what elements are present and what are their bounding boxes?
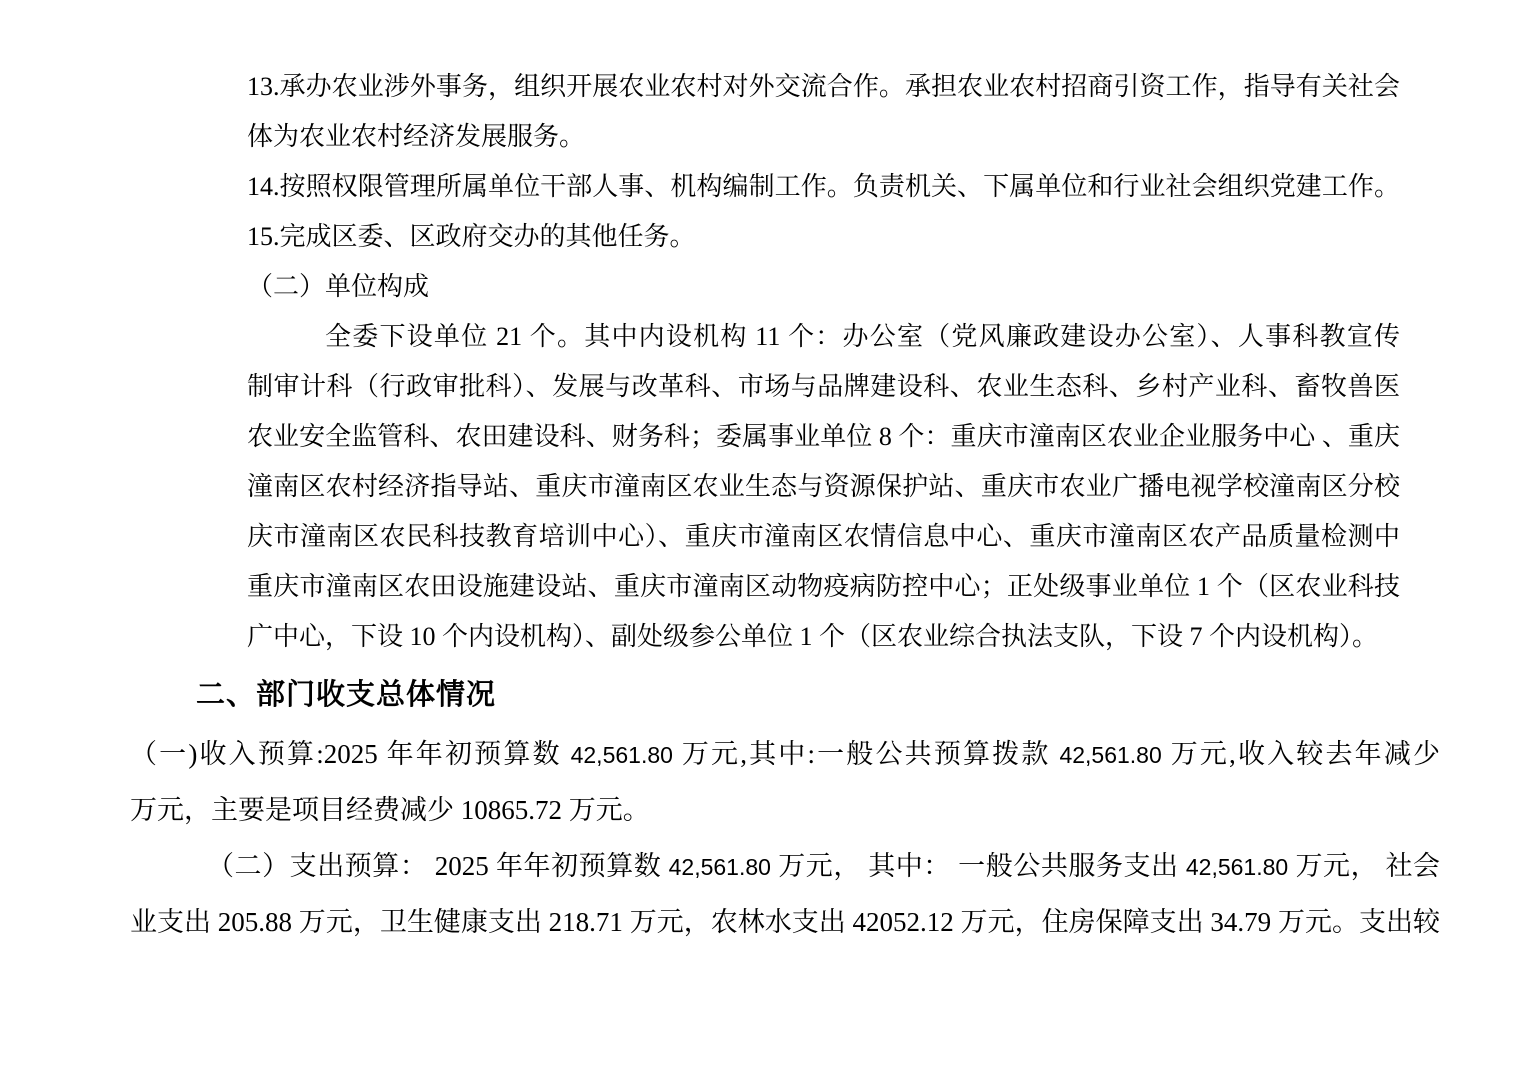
- income-text-lead: （一)收入预算:2025 年年初预算数: [130, 739, 571, 769]
- expense-amount-total: 42,561.80: [669, 854, 771, 880]
- duty-item-15: 15.完成区委、区政府交办的其他任务。: [247, 212, 1400, 262]
- duty-item-13-line-2: 体为农业农村经济发展服务。: [247, 112, 1400, 162]
- duty-item-13-line-1: 13.承办农业涉外事务，组织开展农业农村对外交流合作。承担农业农村招商引资工作，…: [247, 62, 1400, 112]
- income-amount-public-budget: 42,561.80: [1059, 742, 1161, 768]
- duty-item-14: 14.按照权限管理所属单位干部人事、机构编制工作。负责机关、下属单位和行业社会组…: [247, 162, 1400, 212]
- expense-budget-line-2: 业支出 205.88 万元，卫生健康支出 218.71 万元，农林水支出 420…: [130, 894, 1440, 950]
- unit-paragraph-line-1: 全委下设单位 21 个。其中内设机构 11 个：办公室（党风廉政建设办公室）、人…: [247, 312, 1400, 362]
- subheading-unit-constitution: （二）单位构成: [247, 262, 1400, 312]
- section-duties-and-unit-constitution: 13.承办农业涉外事务，组织开展农业农村对外交流合作。承担农业农村招商引资工作，…: [247, 62, 1400, 662]
- unit-paragraph-line-3: 农业安全监管科、农田建设科、财务科；委属事业单位 8 个：重庆市潼南区农业企业服…: [247, 412, 1400, 462]
- unit-paragraph-line-7: 广中心，下设 10 个内设机构）、副处级参公单位 1 个（区农业综合执法支队，下…: [247, 612, 1400, 662]
- unit-paragraph-line-4: 潼南区农村经济指导站、重庆市潼南区农业生态与资源保护站、重庆市农业广播电视学校潼…: [247, 462, 1400, 512]
- unit-paragraph-line-2: 制审计科（行政审批科）、发展与改革科、市场与品牌建设科、农业生态科、乡村产业科、…: [247, 362, 1400, 412]
- section-budget-totals: （一)收入预算:2025 年年初预算数 42,561.80 万元,其中:一般公共…: [130, 726, 1440, 950]
- unit-paragraph-line-5: 庆市潼南区农民科技教育培训中心）、重庆市潼南区农情信息中心、重庆市潼南区农产品质…: [247, 512, 1400, 562]
- expense-budget-line-1: （二）支出预算： 2025 年年初预算数 42,561.80 万元， 其中： 一…: [130, 838, 1440, 894]
- income-budget-line-2: 万元，主要是项目经费减少 10865.72 万元。: [130, 782, 1440, 838]
- income-amount-total: 42,561.80: [571, 742, 673, 768]
- income-text-mid: 万元,其中:一般公共预算拨款: [673, 739, 1060, 769]
- income-budget-line-1: （一)收入预算:2025 年年初预算数 42,561.80 万元,其中:一般公共…: [130, 726, 1440, 782]
- expense-text-mid: 万元， 其中： 一般公共服务支出: [771, 851, 1186, 881]
- expense-amount-public-service: 42,561.80: [1186, 854, 1288, 880]
- unit-paragraph-line-6: 重庆市潼南区农田设施建设站、重庆市潼南区动物疫病防控中心；正处级事业单位 1 个…: [247, 562, 1400, 612]
- section-heading-budget-overview: 二、部门收支总体情况: [196, 672, 496, 718]
- document-page: 13.承办农业涉外事务，组织开展农业农村对外交流合作。承担农业农村招商引资工作，…: [0, 0, 1520, 1074]
- expense-text-lead: （二）支出预算： 2025 年年初预算数: [207, 851, 669, 881]
